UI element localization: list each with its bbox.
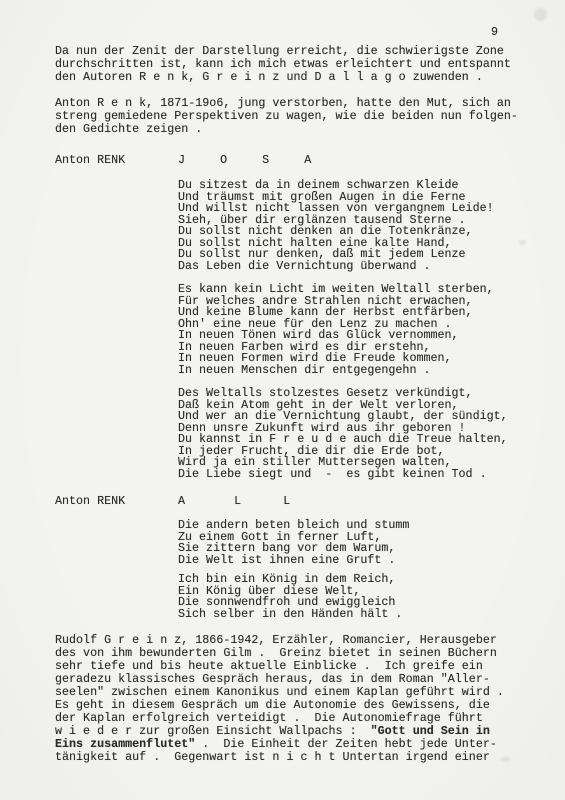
poem-all-author: Anton RENK — [55, 495, 125, 508]
poem-josa-stanza-3: Des Weltalls stolzestes Gesetz verkündig… — [178, 388, 508, 480]
scan-smudge — [519, 240, 526, 245]
poem-all-stanza-1: Die andern beten bleich und stummZu eine… — [178, 520, 409, 566]
poem-all-title: A L L — [178, 495, 290, 508]
text-line: Die Welt ist ihnen eine Gruft . — [178, 555, 409, 567]
document-page: 9 Da nun der Zenit der Darstellung errei… — [0, 0, 565, 800]
poem-all-stanza-2: Ich bin ein König in dem Reich,Ein König… — [178, 574, 402, 620]
text-line: den Gedichte zeigen . — [55, 123, 518, 136]
text-line: Sich selber in den Händen hält . — [178, 609, 402, 621]
renk-bio-paragraph: Anton R e n k, 1871-19o6, jung verstorbe… — [55, 97, 518, 136]
scan-smudge — [534, 8, 547, 21]
text-line: den Autoren R e n k, G r e i n z und D a… — [55, 71, 511, 84]
poem-josa-title: J O S A — [178, 154, 311, 167]
text-line: Das Leben die Vernichtung überwand . — [178, 261, 494, 273]
emphasized-text: "Gott und Sein in — [371, 724, 490, 738]
emphasized-text: Eins zusammenflutet" — [55, 737, 195, 751]
text-line: tänigkeit auf . Gegenwart ist n i c h t … — [55, 751, 504, 764]
poem-josa-stanza-1: Du sitzest da in deinem schwarzen Kleide… — [178, 180, 494, 272]
intro-paragraph: Da nun der Zenit der Darstellung erreich… — [55, 45, 511, 84]
text-line: In neuen Menschen dir entgegengehn . — [178, 365, 494, 377]
text-line: Die Liebe siegt und - es gibt keinen Tod… — [178, 469, 508, 481]
poem-josa-stanza-2: Es kann kein Licht im weiten Weltall ste… — [178, 284, 494, 376]
poem-josa-author: Anton RENK — [55, 154, 125, 167]
page-number: 9 — [491, 25, 498, 39]
greinz-bio-paragraph: Rudolf G r e i n z, 1866-1942, Erzähler,… — [55, 634, 504, 764]
